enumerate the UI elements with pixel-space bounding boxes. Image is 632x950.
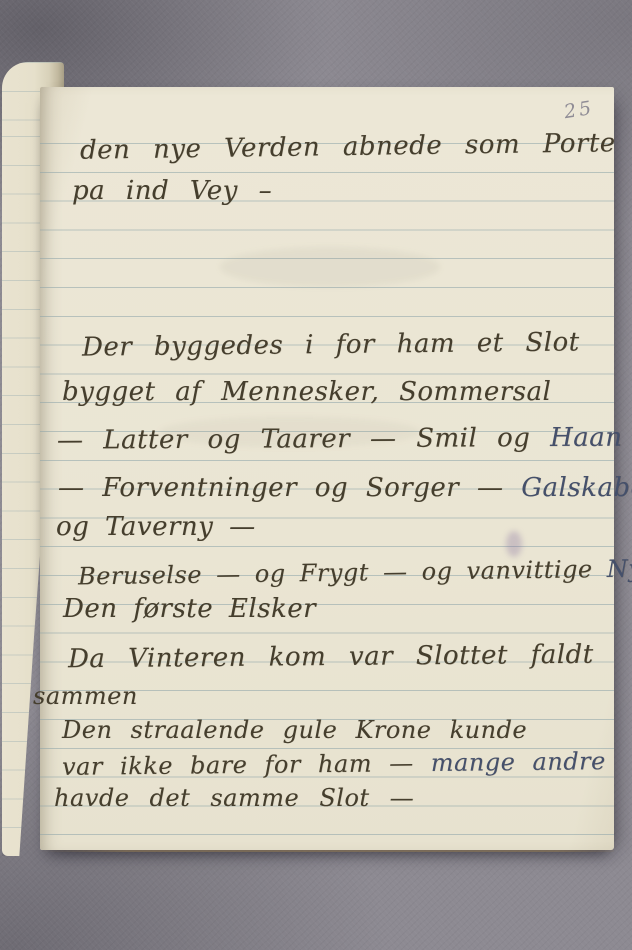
notebook-page: 25 den nye Verden abnede som Porte pa in…	[40, 87, 614, 850]
photograph-background: 25 den nye Verden abnede som Porte pa in…	[0, 0, 632, 950]
handwriting-segment: var ikke bare for ham —	[62, 749, 431, 781]
handwriting-line-4: bygget af Mennesker, Sommersal	[62, 377, 551, 407]
handwriting-line-2: pa ind Vey –	[72, 176, 272, 206]
handwriting-segment: pa ind Vey –	[72, 176, 272, 206]
handwriting-segment: mange andre	[431, 747, 606, 777]
handwriting-segment: Den første Elsker	[63, 594, 316, 624]
handwriting-line-11: sammen	[33, 682, 138, 710]
handwriting-line-10: Da Vinteren kom var Slottet faldt	[68, 640, 594, 675]
handwriting-line-13: var ikke bare for ham — mange andre	[62, 747, 606, 781]
handwriting-segment: Haan —	[550, 422, 632, 453]
handwriting-segment: havde det samme Slot —	[54, 784, 414, 812]
handwriting-line-14: havde det samme Slot —	[54, 784, 414, 812]
handwriting-line-5: — Latter og Taarer — Smil og Haan —	[57, 422, 632, 455]
handwriting-segment: Galskabe	[521, 473, 632, 503]
handwriting-segment: Da Vinteren kom var Slottet faldt	[68, 640, 594, 675]
page-number: 25	[562, 97, 595, 123]
handwriting-segment: — Forventninger og Sorger —	[58, 473, 521, 503]
handwriting-segment: sammen	[33, 682, 138, 710]
handwriting-line-7: og Taverny —	[56, 512, 256, 542]
handwriting-segment: bygget af Mennesker, Sommersal	[62, 377, 551, 407]
handwriting-line-3: Der byggedes i for ham et Slot	[82, 327, 580, 362]
handwriting-line-12: Den straalende gule Krone kunde	[62, 716, 527, 744]
handwriting-segment: og Taverny —	[56, 512, 256, 542]
handwriting-line-6: — Forventninger og Sorger — Galskabe	[58, 473, 632, 503]
handwriting-line-9: Den første Elsker	[63, 594, 316, 624]
handwriting-segment: Nydelse	[607, 554, 632, 583]
handwriting-segment: Den straalende gule Krone kunde	[62, 716, 527, 744]
handwriting-segment: — Latter og Taarer — Smil og	[57, 423, 550, 456]
handwriting-segment: Der byggedes i for ham et Slot	[82, 327, 580, 362]
